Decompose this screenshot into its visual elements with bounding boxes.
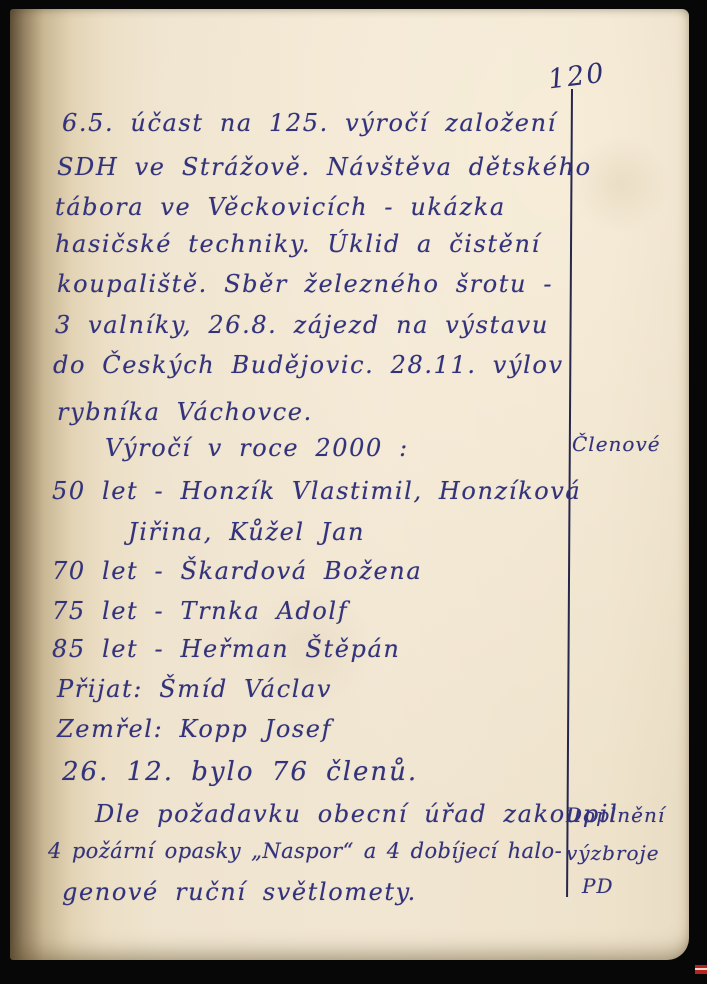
journal-page: 120 6.5. účast na 125. výročí založení S… xyxy=(10,9,689,960)
handwritten-line-7: do Českých Budějovic. 28.11. výlov xyxy=(53,351,564,379)
handwritten-line-20: genové ruční světlomety. xyxy=(62,878,417,906)
margin-note-clenove: Členové xyxy=(572,432,661,456)
handwritten-line-4: hasičské techniky. Úklid a čistění xyxy=(55,230,541,258)
handwritten-line-14: 85 let - Heřman Štěpán xyxy=(52,635,400,663)
handwritten-line-18: Dle požadavku obecní úřad zakoupil xyxy=(95,800,618,828)
handwritten-line-8: rybníka Váchovce. xyxy=(57,398,313,426)
handwritten-line-2: SDH ve Strážově. Návštěva dětského xyxy=(57,153,592,181)
handwritten-line-17: 26. 12. bylo 76 členů. xyxy=(62,757,418,787)
margin-note-vyzbroje: výzbroje xyxy=(566,841,660,865)
page-number: 120 xyxy=(546,58,607,96)
margin-note-pd: PD xyxy=(582,874,614,898)
handwritten-line-11: Jiřina, Kůžel Jan xyxy=(128,518,365,546)
handwritten-line-3: tábora ve Věckovicích - ukázka xyxy=(55,193,506,221)
handwritten-line-13: 75 let - Trnka Adolf xyxy=(52,597,348,625)
handwritten-line-15: Přijat: Šmíd Václav xyxy=(57,675,332,703)
handwritten-line-10: 50 let - Honzík Vlastimil, Honzíková xyxy=(52,477,581,505)
margin-note-doplneni: Doplnění xyxy=(566,803,665,827)
handwritten-line-9: Výročí v roce 2000 : xyxy=(105,434,409,462)
red-mark-icon xyxy=(695,965,707,974)
handwritten-line-5: koupaliště. Sběr železného šrotu - xyxy=(57,270,553,298)
photo-frame: 120 6.5. účast na 125. výročí založení S… xyxy=(0,0,707,984)
handwritten-line-1: 6.5. účast na 125. výročí založení xyxy=(62,109,557,137)
handwritten-line-6: 3 valníky, 26.8. zájezd na výstavu xyxy=(55,311,549,339)
handwritten-line-19: 4 požární opasky „Naspor“ a 4 dobíjecí h… xyxy=(48,839,562,863)
handwritten-line-16: Zemřel: Kopp Josef xyxy=(57,715,332,743)
handwritten-line-12: 70 let - Škardová Božena xyxy=(52,557,422,585)
